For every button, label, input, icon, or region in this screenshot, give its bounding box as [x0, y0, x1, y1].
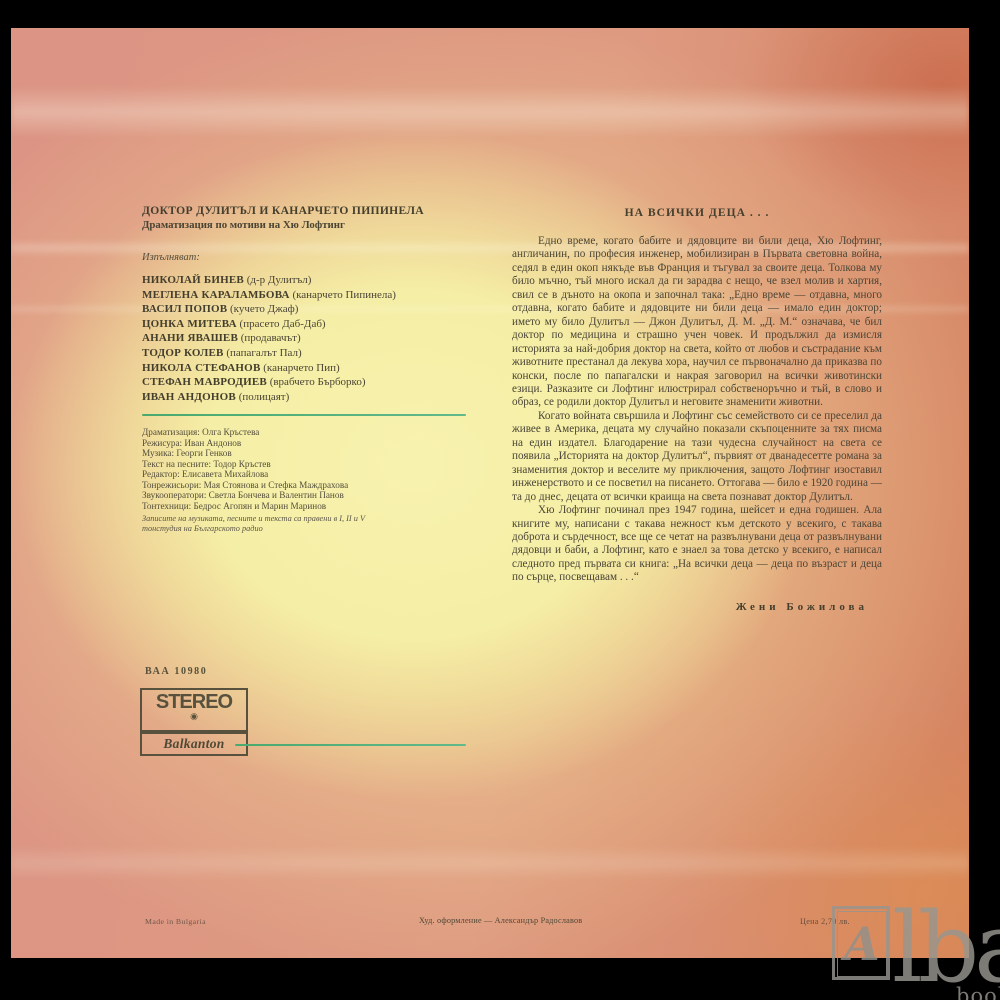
credit-line: Звукооператори: Светла Бончева и Валенти…	[142, 490, 348, 501]
scanned-record-back-cover: { "cover": { "left_column": { "title": "…	[0, 0, 1000, 1000]
green-divider-top	[142, 414, 466, 416]
cast-role: (кучето Джаф)	[230, 303, 298, 315]
cast-name: НИКОЛА СТЕФАНОВ	[142, 362, 260, 374]
essay-title: НА ВСИЧКИ ДЕЦА . . .	[512, 206, 882, 219]
cast-role: (канарчето Пип)	[263, 362, 339, 374]
cast-name: ИВАН АНДОНОВ	[142, 391, 236, 403]
cast-name: МЕГЛЕНА КАРАЛАМБОВА	[142, 289, 290, 301]
scan-streak	[11, 846, 969, 880]
alba-books-label: books	[956, 984, 1000, 1000]
credit-line: Редактор: Елисавета Михайлова	[142, 469, 348, 480]
album-back-cover-scan: ДОКТОР ДУЛИТЪЛ И КАНАРЧЕТО ПИПИНЕЛА Драм…	[11, 28, 969, 958]
cast-row: АНАНИ ЯВАШЕВ (продавачът)	[142, 331, 477, 346]
credits-list: Драматизация: Олга Кръстева Режисура: Ив…	[142, 427, 348, 511]
cast-row: МЕГЛЕНА КАРАЛАМБОВА (канарчето Пипинела)	[142, 288, 477, 303]
right-column-essay: НА ВСИЧКИ ДЕЦА . . . Едно време, когато …	[512, 206, 882, 613]
cast-name: АНАНИ ЯВАШЕВ	[142, 332, 238, 344]
cast-role: (прасето Даб-Даб)	[240, 318, 326, 330]
recording-note: Записите на музиката, песните и текста с…	[142, 514, 372, 533]
credit-line: Тонтехници: Бедрос Агопян и Марин Марино…	[142, 501, 348, 512]
cast-role: (полицаят)	[239, 391, 290, 403]
cast-name: СТЕФАН МАВРОДИЕВ	[142, 376, 267, 388]
cast-row: СТЕФАН МАВРОДИЕВ (врабчето Бърборко)	[142, 375, 477, 390]
credit-line: Тонрежисьори: Мая Стоянова и Стефка Мажд…	[142, 480, 348, 491]
alba-initial-icon: A	[844, 921, 880, 967]
cast-name: ЦОНКА МИТЕВА	[142, 318, 237, 330]
cast-row: НИКОЛАЙ БИНЕВ (д-р Дулитъл)	[142, 273, 477, 288]
performers-heading: Изпълняват:	[142, 252, 477, 263]
essay-paragraph: Когато войната свършила и Лофтинг със се…	[512, 410, 882, 504]
essay-author-signature: Жени Божилова	[512, 601, 882, 613]
catalog-number: ВАА 10980	[145, 666, 207, 677]
cast-row: ИВАН АНДОНОВ (полицаят)	[142, 390, 477, 405]
alba-monogram-inner: A	[837, 911, 887, 977]
balkanton-logo: Balkanton	[140, 732, 248, 756]
left-column: ДОКТОР ДУЛИТЪЛ И КАНАРЧЕТО ПИПИНЕЛА Драм…	[142, 204, 477, 404]
cast-role: (продавачът)	[241, 332, 301, 344]
cast-row: ВАСИЛ ПОПОВ (кучето Джаф)	[142, 302, 477, 317]
credit-line: Драматизация: Олга Кръстева	[142, 427, 348, 438]
essay-paragraph: Едно време, когато бабите и дядовците ви…	[512, 235, 882, 410]
alba-monogram-frame: A	[832, 906, 890, 980]
credit-line: Музика: Георги Генков	[142, 448, 348, 459]
cast-role: (папагалът Пал)	[226, 347, 301, 359]
green-divider-bottom	[235, 744, 466, 746]
alba-wordmark: lba	[892, 900, 1000, 996]
album-subtitle: Драматизация по мотиви на Хю Лофтинг	[142, 219, 477, 231]
balkanton-label: Balkanton	[142, 734, 246, 753]
album-title: ДОКТОР ДУЛИТЪЛ И КАНАРЧЕТО ПИПИНЕЛА	[142, 204, 477, 217]
scan-streak	[11, 86, 969, 138]
cast-name: ТОДОР КОЛЕВ	[142, 347, 224, 359]
cast-row: ТОДОР КОЛЕВ (папагалът Пал)	[142, 346, 477, 361]
cast-list: НИКОЛАЙ БИНЕВ (д-р Дулитъл) МЕГЛЕНА КАРА…	[142, 273, 477, 404]
made-in-label: Made in Bulgaria	[145, 917, 206, 926]
alba-books-watermark: A lba books	[820, 898, 1000, 1000]
credit-line: Текст на песните: Тодор Кръстев	[142, 459, 348, 470]
design-credit-label: Худ. оформление — Александър Радославов	[419, 916, 582, 925]
cast-row: НИКОЛА СТЕФАНОВ (канарчето Пип)	[142, 361, 477, 376]
cast-name: ВАСИЛ ПОПОВ	[142, 303, 227, 315]
stereo-logo: STEREO ◉	[140, 688, 248, 732]
credit-line: Режисура: Иван Андонов	[142, 438, 348, 449]
essay-paragraph: Хю Лофтинг починал през 1947 година, шей…	[512, 504, 882, 585]
cast-role: (врабчето Бърборко)	[270, 376, 366, 388]
cast-name: НИКОЛАЙ БИНЕВ	[142, 274, 244, 286]
cast-role: (канарчето Пипинела)	[292, 289, 395, 301]
cast-role: (д-р Дулитъл)	[247, 274, 312, 286]
cast-row: ЦОНКА МИТЕВА (прасето Даб-Даб)	[142, 317, 477, 332]
